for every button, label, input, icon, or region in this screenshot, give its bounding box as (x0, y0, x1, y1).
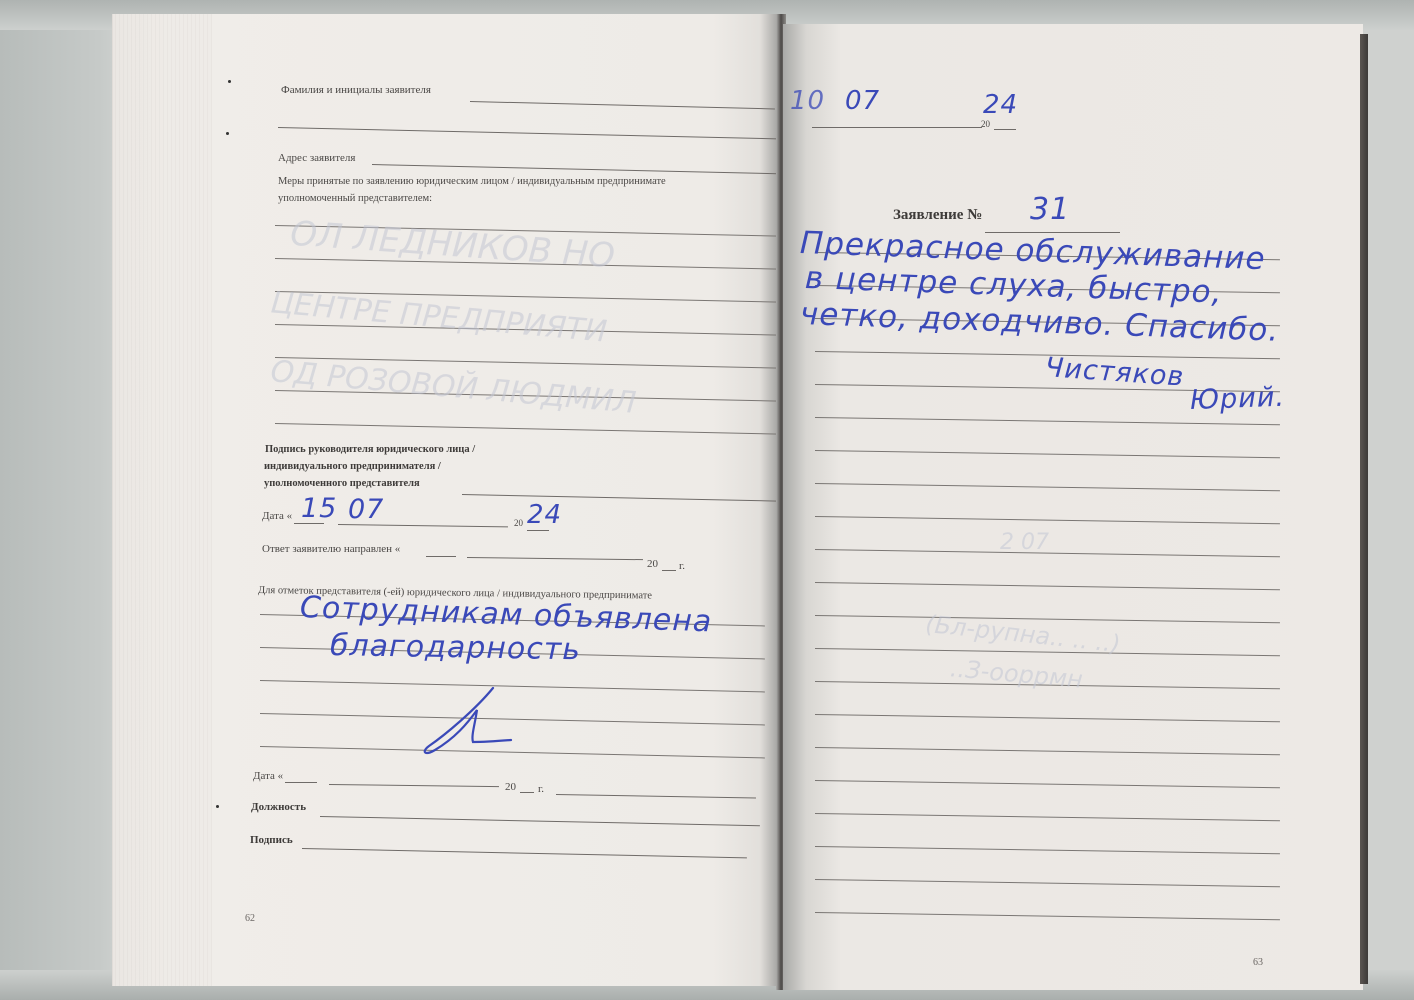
signature-head-label-line3: уполномоченного представителя (264, 478, 420, 489)
handwritten-top-date-month: 07 (845, 86, 880, 116)
handwritten-date-year: 24 (527, 500, 562, 530)
speck (216, 805, 219, 808)
handwritten-date-month: 07 (348, 494, 384, 525)
handwritten-top-date-day: 10 (790, 86, 825, 116)
signature-head-label-line2: индивидуального предпринимателя / (264, 461, 441, 472)
handwritten-date-day: 15 (301, 493, 337, 524)
left-page-stack-edges (112, 14, 212, 986)
handwritten-signature-name: Юрий. (1189, 382, 1285, 416)
response-year-suffix: г. (679, 560, 685, 572)
applicant-name-label: Фамилия и инициалы заявителя (281, 84, 431, 96)
date-label: Дата « (262, 510, 292, 522)
statement-label: Заявление № (893, 207, 982, 224)
page-number-left: 62 (245, 913, 255, 924)
handwritten-signature-mark (415, 680, 525, 760)
top-date-year-prefix: 20 (981, 119, 990, 129)
response-sent-label: Ответ заявителю направлен « (262, 543, 400, 555)
applicant-address-label: Адрес заявителя (278, 152, 355, 164)
right-page-stack-edge (1360, 34, 1368, 984)
response-year-prefix: 20 (647, 558, 658, 570)
left-page (112, 14, 780, 986)
signature-head-label-line1: Подпись руководителя юридического лица / (265, 444, 475, 455)
date2-year-suffix: г. (538, 783, 544, 795)
date2-year-prefix: 20 (505, 781, 516, 793)
top-date-year-line (994, 129, 1016, 130)
speck (228, 80, 231, 83)
page-number-right: 63 (1253, 957, 1263, 968)
date-year-line (527, 530, 549, 531)
handwritten-top-date-year: 24 (983, 90, 1018, 120)
signature-label: Подпись (250, 834, 293, 846)
response-day-line (426, 556, 456, 557)
measures-label-line1: Меры принятые по заявлению юридическим л… (278, 176, 666, 187)
position-label: Должность (251, 801, 306, 813)
bleed-through-text: 2 07 (1000, 530, 1049, 555)
response-year-line (662, 570, 676, 571)
date2-year-line (520, 792, 534, 793)
measures-label-line2: уполномоченный представителем: (278, 193, 432, 204)
right-page (783, 24, 1363, 990)
date-year-prefix: 20 (514, 518, 523, 528)
handwritten-statement-number: 31 (1030, 192, 1070, 227)
speck (226, 132, 229, 135)
top-date-line (812, 127, 982, 128)
date2-label: Дата « (253, 770, 283, 782)
date2-day-line (285, 782, 317, 783)
handwritten-note-line2: благодарность (330, 628, 582, 667)
